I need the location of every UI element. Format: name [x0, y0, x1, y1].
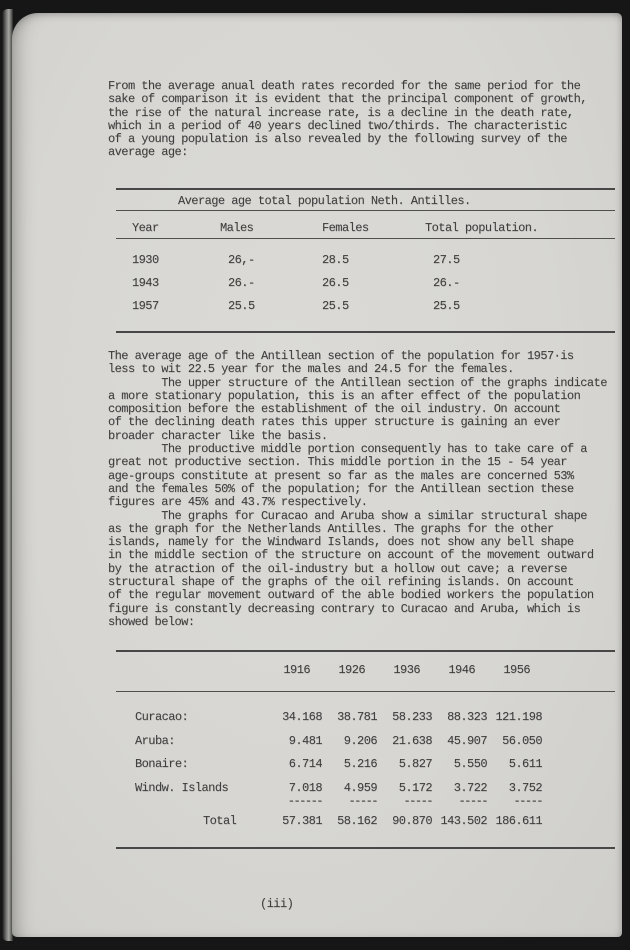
cell-males: 26.-	[220, 276, 322, 299]
cell: 3.722	[434, 782, 489, 795]
cell-females: 25.5	[322, 299, 425, 322]
row-label: Windw. Islands	[116, 782, 269, 795]
row-label: Aruba:	[116, 735, 269, 759]
year-1916: 1916	[269, 662, 324, 691]
dash-cell: -----	[324, 795, 379, 815]
cell-year: 1930	[132, 253, 220, 276]
col-males: Males	[220, 220, 322, 236]
body-paragraphs: The average age of the Antillean section…	[108, 350, 607, 629]
cell: 9.206	[324, 735, 379, 759]
population-table-body: Curacao: 34.168 38.781 58.233 88.323 121…	[116, 711, 615, 847]
average-age-table-title: Average age total population Neth. Antil…	[116, 190, 615, 211]
cell: 5.172	[379, 782, 434, 795]
total-label: Total	[116, 815, 269, 831]
row-label: Bonaire:	[116, 758, 269, 782]
cell-total: 26.-	[425, 276, 615, 299]
cell: 121.198	[489, 711, 544, 735]
population-table: 1916 1926 1936 1946 1956 Curacao: 34.168…	[116, 650, 615, 849]
cell: 7.018	[269, 782, 324, 795]
year-1926: 1926	[324, 662, 379, 691]
col-females: Females	[322, 220, 425, 236]
table-row: 1943 26.- 26.5 26.-	[132, 276, 615, 299]
cell-females: 26.5	[322, 276, 425, 299]
table-row-sum-dashes: ------ ----- ----- ----- -----	[116, 795, 615, 815]
total-cell: 90.870	[379, 815, 434, 831]
population-table-year-header: 1916 1926 1936 1946 1956	[116, 652, 615, 692]
cell-males: 25.5	[220, 299, 322, 322]
total-cell: 143.502	[434, 815, 489, 831]
cell-year: 1957	[132, 299, 220, 322]
table-row-bonaire: Bonaire: 6.714 5.216 5.827 5.550 5.611	[116, 758, 615, 782]
col-total-population: Total population.	[425, 220, 615, 236]
cell: 88.323	[434, 711, 489, 735]
table-row: 1957 25.5 25.5 25.5	[132, 299, 615, 322]
cell: 5.611	[489, 758, 544, 782]
total-cell: 57.381	[269, 815, 324, 831]
table-row: 1930 26,- 28.5 27.5	[132, 253, 615, 276]
table-row-curacao: Curacao: 34.168 38.781 58.233 88.323 121…	[116, 711, 615, 735]
cell-total: 25.5	[425, 299, 615, 322]
average-age-table: Average age total population Neth. Antil…	[116, 188, 615, 333]
empty-cell	[116, 662, 269, 691]
page-number: (iii)	[260, 897, 293, 911]
dash-cell: -----	[489, 795, 544, 815]
cell: 38.781	[324, 711, 379, 735]
intro-paragraph: From the average anual death rates recor…	[108, 80, 587, 160]
cell: 5.827	[379, 758, 434, 782]
cell: 4.959	[324, 782, 379, 795]
dash-cell: -----	[379, 795, 434, 815]
cell: 5.216	[324, 758, 379, 782]
row-label: Curacao:	[116, 711, 269, 735]
year-1946: 1946	[434, 662, 489, 691]
scanned-page: From the average anual death rates recor…	[12, 13, 622, 937]
cell: 34.168	[269, 711, 324, 735]
total-cell: 58.162	[324, 815, 379, 831]
cell: 21.638	[379, 735, 434, 759]
table-row-aruba: Aruba: 9.481 9.206 21.638 45.907 56.050	[116, 735, 615, 759]
year-1956: 1956	[489, 662, 544, 691]
table-row-windward-islands: Windw. Islands 7.018 4.959 5.172 3.722 3…	[116, 782, 615, 795]
cell: 3.752	[489, 782, 544, 795]
cell-females: 28.5	[322, 253, 425, 276]
cell: 45.907	[434, 735, 489, 759]
cell-year: 1943	[132, 276, 220, 299]
dash-cell: -----	[434, 795, 489, 815]
average-age-table-header: Year Males Females Total population.	[116, 211, 615, 239]
cell: 58.233	[379, 711, 434, 735]
cell: 56.050	[489, 735, 544, 759]
cell: 5.550	[434, 758, 489, 782]
cell: 9.481	[269, 735, 324, 759]
col-year: Year	[132, 220, 220, 236]
cell: 6.714	[269, 758, 324, 782]
year-1936: 1936	[379, 662, 434, 691]
cell-males: 26,-	[220, 253, 322, 276]
average-age-table-body: 1930 26,- 28.5 27.5 1943 26.- 26.5 26.- …	[116, 239, 615, 331]
empty-cell	[116, 795, 269, 815]
dash-cell: ------	[269, 795, 324, 815]
cell-total: 27.5	[425, 253, 615, 276]
total-cell: 186.611	[489, 815, 544, 831]
table-row-total: Total 57.381 58.162 90.870 143.502 186.6…	[116, 815, 615, 831]
